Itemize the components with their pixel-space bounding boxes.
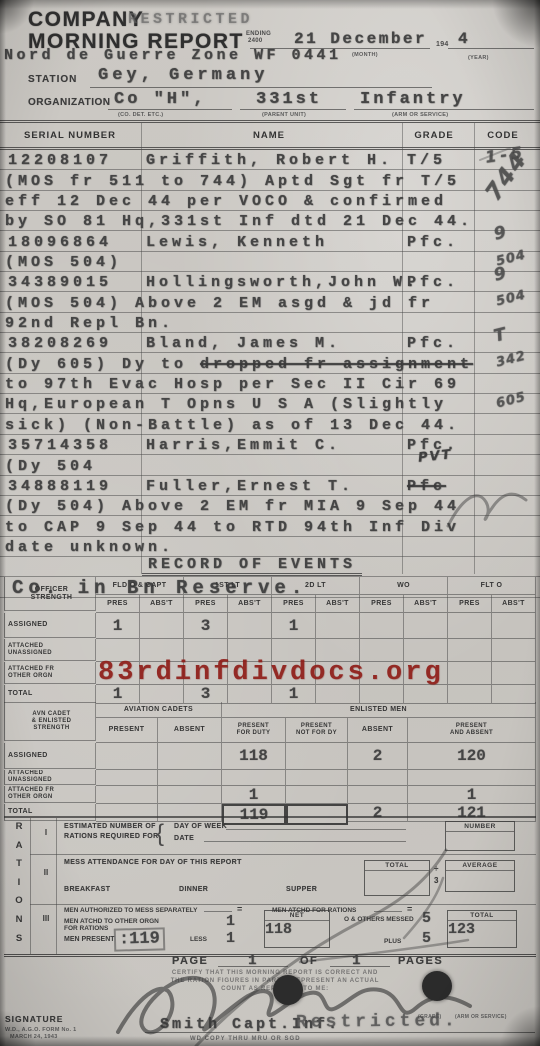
enlisted-sub-header: ABSENT	[348, 718, 408, 743]
zone-line: Nord de Guerre Zone WF 0441	[4, 47, 342, 64]
enlisted-value-cell	[96, 743, 158, 770]
roster-row: date unknown.	[0, 537, 540, 557]
record-of-events-title: RECORD OF EVENTS	[142, 556, 362, 576]
roster-grade: Pfc	[398, 478, 470, 495]
enlisted-value-cell	[348, 770, 408, 786]
roster-remark: (Dy 504) Above 2 EM fr MIA 9 Sep 44	[0, 498, 460, 515]
sub-label: PRES	[459, 600, 480, 608]
roster-remark: sick) (Non-Battle) as of 13 Dec 44.	[0, 417, 460, 434]
mess-attendance-label: MESS ATTENDANCE FOR DAY OF THIS REPORT	[64, 859, 242, 866]
enlisted-value-cell	[286, 770, 348, 786]
atchd-other-value: 1	[226, 913, 235, 930]
rations-divider	[56, 818, 57, 954]
officer-value-cell	[448, 613, 492, 639]
officer-value: 3	[201, 617, 211, 635]
roster-divider	[402, 123, 403, 574]
roster-row: sick) (Non-Battle) as of 13 Dec 44.	[0, 414, 540, 434]
divisor: 3	[434, 876, 439, 885]
roster-row: RECORD OF EVENTS	[0, 557, 540, 577]
equals-1: =	[237, 904, 242, 914]
enlisted-value-cell	[408, 770, 536, 786]
equals-2: =	[407, 904, 412, 914]
enlisted-value-cell: 118	[222, 743, 286, 770]
of-label: OF	[300, 955, 318, 967]
sub-label: PRES	[371, 600, 392, 608]
enlisted-sub-header: PRESENTNOT FOR DY	[286, 718, 348, 743]
station-underline	[90, 70, 432, 88]
enlisted-men-group-header: ENLISTED MEN	[222, 702, 536, 718]
roster-remark: (MOS fr 511 to 744) Aptd Sgt fr T/5	[0, 173, 460, 190]
average-label: AVERAGE	[446, 861, 514, 871]
rations-numeral-3: III	[37, 914, 55, 923]
roster-row: to 97th Evac Hosp per Sec II Cir 69	[0, 374, 540, 394]
enlisted-row: ASSIGNED1182120	[4, 743, 536, 770]
breakfast-label: BREAKFAST	[64, 886, 110, 893]
organization-label: ORGANIZATION	[28, 97, 110, 108]
officer-group-header: FLT O	[448, 577, 536, 595]
col-serial-number: SERIAL NUMBER	[0, 130, 140, 141]
label-line: STRENGTH	[33, 725, 69, 732]
net-label: NET	[265, 911, 329, 921]
roster-remark: eff 12 Dec 44 per VOCO & confirmed	[0, 193, 447, 210]
roster-name: Fuller,Ernest T.	[140, 478, 398, 495]
certification-line-1: CERTIFY THAT THIS MORNING REPORT IS CORR…	[120, 970, 430, 976]
form-date: MARCH 24, 1943	[10, 1034, 58, 1040]
enlisted-sub-header: ABSENT	[158, 718, 222, 743]
mess-total-box: TOTAL	[364, 860, 430, 896]
officer-group-header: FLD O & CAPT	[96, 577, 184, 595]
average-box: AVERAGE	[445, 860, 515, 892]
rations-section: RATIONS I II III ESTIMATED NUMBER OF RAT…	[4, 816, 536, 957]
officer-sub-header: PRES	[360, 595, 404, 613]
roster-name: Lewis, Kenneth	[140, 234, 398, 251]
sub-label: PRES	[195, 600, 216, 608]
watermark: 83rdinfdivdocs.org	[98, 658, 444, 688]
roster-name: Griffith, Robert H.	[140, 152, 398, 169]
rations-total-box: TOTAL 123	[447, 910, 517, 948]
officer-sub-header: PRES	[184, 595, 228, 613]
roster-row: (Dy 504PVT	[0, 455, 540, 475]
label-line: AVN CADET	[32, 711, 70, 718]
sub-label: PRES	[283, 600, 304, 608]
pages-underline	[330, 952, 390, 967]
enlisted-value: 1	[249, 786, 259, 804]
officer-value-cell	[140, 613, 184, 639]
rations-rule-1	[30, 854, 536, 855]
officer-value-cell	[404, 613, 448, 639]
brace: {	[156, 820, 164, 848]
roster-row: 35714358Harris,Emmit C.Pfc.	[0, 435, 540, 455]
group-label: AVIATION CADETS	[124, 706, 193, 714]
rations-letter: T	[12, 858, 26, 869]
enlisted-row: ATTACHED FROTHER ORGN11	[4, 786, 536, 804]
date-label: DATE	[174, 835, 194, 842]
men-present-value: :119	[114, 927, 165, 951]
roster-row: 38208269Bland, James M.Pfc.T	[0, 333, 540, 353]
roster-row: (Dy 605) Dy to dropped fr assignment342	[0, 353, 540, 373]
officer-value-cell	[360, 613, 404, 639]
mess-separately-blank	[204, 902, 232, 912]
group-label: ENLISTED MEN	[350, 706, 407, 714]
enlisted-value-cell	[158, 743, 222, 770]
enlisted-row-label: ATTACHED FROTHER ORGN	[4, 786, 96, 803]
roster-row: 12208107Griffith, Robert H.T/51-5	[0, 150, 540, 170]
org-sub-arm-label: (ARM OR SERVICE)	[392, 112, 448, 118]
roster-grade: Pfc.	[398, 274, 470, 291]
plus-label: PLUS	[384, 938, 401, 945]
roster-divider	[474, 123, 475, 574]
group-label: 2D LT	[305, 582, 326, 590]
org-underline-3	[354, 93, 534, 110]
label-line: UNASSIGNED	[8, 777, 52, 784]
officer-row-label: ATTACHED FROTHER ORGN	[4, 662, 96, 684]
form-number: W.D., A.G.O. FORM No. 1	[5, 1027, 76, 1033]
label-line: PRESENT	[301, 723, 332, 730]
enlisted-value-cell: 2	[348, 743, 408, 770]
officer-sub-header: ABS'T	[404, 595, 448, 613]
plus-value: 5	[422, 930, 431, 947]
officer-row-label: ATTACHEDUNASSIGNED	[4, 639, 96, 661]
enlisted-sub-header: PRESENTAND ABSENT	[408, 718, 536, 743]
copy-note: WD COPY THRU MRU OR SGD	[190, 1036, 301, 1042]
supper-label: SUPPER	[286, 886, 317, 893]
officer-value-cell	[492, 613, 536, 639]
aviation-cadets-group-header: AVIATION CADETS	[96, 702, 222, 718]
sub-label: ABS'T	[150, 600, 173, 608]
roster-rows: 12208107Griffith, Robert H.T/51-5(MOS fr…	[0, 150, 540, 598]
officer-table-header: OFFICERSTRENGTHFLD O & CAPT1ST LT2D LTWO…	[4, 577, 536, 613]
officer-value: 1	[289, 617, 299, 635]
officer-sub-header: ABS'T	[316, 595, 360, 613]
officer-sub-header: ABS'T	[492, 595, 536, 613]
enlisted-value-cell	[348, 786, 408, 804]
label-line: & ENLISTED	[32, 718, 72, 725]
rations-total-label: TOTAL	[448, 911, 516, 921]
officer-sub-header: PRES	[448, 595, 492, 613]
number-box-label: NUMBER	[446, 822, 514, 832]
mess-total-label: TOTAL	[365, 861, 429, 871]
group-label: FLD O & CAPT	[113, 582, 167, 590]
roster-name: Hollingsworth,John W.	[140, 274, 398, 291]
roster-remark: to CAP 9 Sep 44 to RTD 94th Inf Div	[0, 519, 460, 536]
officer-value-cell: 1	[272, 613, 316, 639]
morning-report-document: COMPANY RESTRICTED MORNING REPORT ENDING…	[0, 0, 540, 1046]
org-sub-unit-label: (CO. DET. ETC.)	[118, 112, 163, 118]
roster-row: by SO 81 Hq,331st Inf dtd 21 Dec 44.	[0, 211, 540, 231]
sub-label: PRES	[107, 600, 128, 608]
rations-letter: R	[12, 821, 26, 832]
arm-service-label: (ARM OR SERVICE)	[455, 1014, 507, 1020]
avn-enlisted-header: AVN CADET& ENLISTEDSTRENGTH	[4, 702, 96, 741]
page-underline	[218, 952, 288, 967]
roster-serial: 34888119	[0, 478, 140, 495]
roster-row: 34389015Hollingsworth,John W.Pfc.9	[0, 272, 540, 292]
roster-header-row: SERIAL NUMBER NAME GRADE CODE	[0, 123, 540, 150]
roster-name: Harris,Emmit C.	[140, 437, 398, 454]
rations-est-label-2: RATIONS REQUIRED FOR	[64, 833, 159, 840]
roster-row: eff 12 Dec 44 per VOCO & confirmed	[0, 191, 540, 211]
men-present-label: MEN PRESENT	[64, 936, 115, 943]
roster-row: 18096864Lewis, KennethPfc.9	[0, 231, 540, 251]
rations-est-label-1: ESTIMATED NUMBER OF	[64, 823, 156, 830]
enlisted-value-cell	[158, 770, 222, 786]
roster-remark: (Dy 504	[0, 458, 96, 475]
label-line: UNASSIGNED	[8, 650, 52, 657]
label-line: ABSENT	[174, 726, 205, 734]
label-line: PRESENT	[238, 723, 269, 730]
roster-serial: 12208107	[0, 152, 140, 169]
label-line: TOTAL	[8, 690, 33, 698]
rations-numeral-1: I	[37, 828, 55, 837]
label-line: STRENGTH	[31, 594, 73, 602]
page-label: PAGE	[172, 955, 208, 967]
roster-remark: (MOS 504)	[0, 254, 122, 271]
rations-letter: N	[12, 914, 26, 925]
officer-group-header: WO	[360, 577, 448, 595]
atchd-blank	[374, 902, 402, 912]
officer-row: ASSIGNED131	[4, 613, 536, 639]
officer-group-header: 2D LT	[272, 577, 360, 595]
officer-row-label: ASSIGNED	[4, 613, 96, 638]
enlisted-value-cell: 1	[222, 786, 286, 804]
enlisted-row: ATTACHEDUNASSIGNED	[4, 770, 536, 786]
signature-label: SIGNATURE	[5, 1014, 63, 1024]
roster-serial: 18096864	[0, 234, 140, 251]
roster-grade: T/5	[398, 152, 470, 169]
officer-value-cell	[448, 662, 492, 685]
col-grade: GRADE	[398, 130, 470, 141]
officer-strength-header: OFFICERSTRENGTH	[4, 577, 96, 611]
label-line: PRESENT	[109, 726, 145, 734]
officer-sub-header: PRES	[96, 595, 140, 613]
others-messed-label: O & OTHERS MESSED	[344, 916, 414, 923]
label-line: ASSIGNED	[8, 621, 48, 629]
org-underline-2	[240, 93, 346, 110]
officer-value-cell	[228, 613, 272, 639]
month-label: (MONTH)	[352, 52, 378, 58]
label-line: ATTACHED	[8, 770, 43, 777]
officer-row-label: TOTAL	[4, 685, 96, 703]
report-footer: PAGE 1 OF 1 PAGES CERTIFY THAT THIS MORN…	[0, 952, 540, 1046]
personnel-roster: SERIAL NUMBER NAME GRADE CODE 12208107Gr…	[0, 120, 540, 580]
rations-total-value: 123	[448, 921, 516, 938]
label-line: ATTACHED	[8, 643, 43, 650]
enlisted-value-cell	[96, 786, 158, 804]
roster-remark: 92nd Repl Bn.	[0, 315, 174, 332]
rations-letter: O	[12, 895, 26, 906]
form-title-company: COMPANY	[28, 8, 144, 32]
net-value: 118	[265, 921, 329, 938]
remark-part: (Dy 605) Dy to	[5, 356, 200, 373]
officer-sub-header: PRES	[272, 595, 316, 613]
day-of-week-label: DAY OF WEEK	[174, 823, 227, 830]
roster-name: Bland, James M.	[140, 335, 398, 352]
enlisted-value: 2	[373, 747, 383, 765]
date-blank	[204, 832, 406, 842]
sub-label: ABS'T	[326, 600, 349, 608]
label-line: NOT FOR DY	[296, 730, 337, 737]
enlisted-row-label: ATTACHEDUNASSIGNED	[4, 770, 96, 785]
roster-row: 34888119Fuller,Ernest T.Pfc	[0, 476, 540, 496]
net-box: NET 118	[264, 910, 330, 948]
officer-value-cell	[492, 662, 536, 685]
less-label: LESS	[190, 936, 207, 943]
roster-row: Hq,European T Opns U S A (Slightly605	[0, 394, 540, 414]
year-underline	[448, 32, 534, 49]
group-label: WO	[397, 582, 410, 590]
enlisted-value-cell	[158, 786, 222, 804]
officer-sub-header: ABS'T	[228, 595, 272, 613]
station-label: STATION	[28, 74, 77, 85]
org-sub-parent-label: (PARENT UNIT)	[262, 112, 306, 118]
officer-value-cell	[316, 613, 360, 639]
dinner-label: DINNER	[179, 886, 208, 893]
label-line: FOR DUTY	[237, 730, 271, 737]
label-line: ASSIGNED	[8, 752, 48, 760]
officer-group-header: 1ST LT	[184, 577, 272, 595]
roster-remark: to 97th Evac Hosp per Sec II Cir 69	[0, 376, 460, 393]
enlisted-table-header: AVN CADET& ENLISTEDSTRENGTHAVIATION CADE…	[4, 702, 536, 743]
officer-value-cell	[448, 639, 492, 662]
roster-remark: (MOS 504) Above 2 EM asgd & jd fr	[0, 295, 434, 312]
col-name: NAME	[140, 130, 398, 141]
officer-value-cell: 1	[96, 613, 140, 639]
enlisted-sub-header: PRESENTFOR DUTY	[222, 718, 286, 743]
enlisted-sub-header: PRESENT	[96, 718, 158, 743]
roster-serial: 38208269	[0, 335, 140, 352]
number-box: NUMBER	[445, 821, 515, 851]
restricted-stamp-bottom: Restricted.	[296, 1011, 459, 1032]
enlisted-value: 120	[457, 747, 486, 765]
enlisted-strength-table: AVN CADET& ENLISTEDSTRENGTHAVIATION CADE…	[4, 702, 536, 816]
label-line: ATTACHED FR	[8, 787, 54, 794]
label-line: OTHER ORGN	[8, 794, 53, 801]
label-line: AND ABSENT	[450, 730, 493, 737]
enlisted-row-label: ASSIGNED	[4, 743, 96, 769]
officer-value-cell: 3	[184, 613, 228, 639]
divide-sign: ÷	[434, 864, 439, 873]
rations-rule-2	[30, 904, 536, 905]
officer-value-cell	[492, 639, 536, 662]
roster-remark: date unknown.	[0, 539, 174, 556]
remark-struck: dropped fr assignment	[200, 356, 473, 373]
roster-row: (MOS 504)504	[0, 252, 540, 272]
roster-divider	[141, 123, 142, 574]
enlisted-value-cell	[96, 770, 158, 786]
rations-letter: S	[12, 933, 26, 944]
sub-label: ABS'T	[238, 600, 261, 608]
roster-grade: Pfc.	[398, 335, 470, 352]
rations-letter: I	[12, 877, 26, 888]
pages-label: PAGES	[398, 955, 443, 967]
roster-row: to CAP 9 Sep 44 to RTD 94th Inf Div	[0, 516, 540, 536]
label-line: PRESENT	[456, 723, 487, 730]
officer-value: 1	[113, 617, 123, 635]
punch-hole-left	[273, 975, 303, 1005]
label-line: ABSENT	[362, 726, 393, 734]
roster-row: (Dy 504) Above 2 EM fr MIA 9 Sep 44	[0, 496, 540, 516]
label-line: OFFICER	[35, 586, 69, 594]
roster-serial: 34389015	[0, 274, 140, 291]
others-messed-value: 5	[422, 910, 431, 927]
roster-row: 92nd Repl Bn.	[0, 313, 540, 333]
roster-row: (MOS 504) Above 2 EM asgd & jd fr504	[0, 292, 540, 312]
roster-remark: Hq,European T Opns U S A (Slightly	[0, 396, 447, 413]
rations-letter: A	[12, 840, 26, 851]
rations-divider	[30, 818, 31, 954]
day-of-week-blank	[226, 820, 406, 830]
org-underline-1	[108, 93, 232, 110]
enlisted-value-cell	[222, 770, 286, 786]
punch-hole-right	[422, 971, 452, 1001]
year-label: (YEAR)	[468, 55, 489, 61]
enlisted-value-cell	[286, 743, 348, 770]
report-header: COMPANY RESTRICTED MORNING REPORT ENDING…	[0, 0, 540, 120]
label-line: ATTACHED FR	[8, 666, 54, 673]
enlisted-value-cell: 120	[408, 743, 536, 770]
roster-serial: 35714358	[0, 437, 140, 454]
roster-grade: Pfc.	[398, 234, 470, 251]
label-line: OTHER ORGN	[8, 673, 53, 680]
sub-label: ABS'T	[414, 600, 437, 608]
enlisted-value-cell: 1	[408, 786, 536, 804]
group-label: 1ST LT	[215, 582, 240, 590]
enlisted-value: 118	[239, 747, 268, 765]
restricted-stamp: RESTRICTED	[128, 11, 253, 28]
group-label: FLT O	[481, 582, 503, 590]
year-prefix: 194	[436, 41, 449, 48]
mess-separately-label: MEN AUTHORIZED TO MESS SEPARATELY	[64, 907, 198, 914]
pencil-annotation: PVT	[417, 446, 453, 467]
rations-numeral-2: II	[37, 868, 55, 877]
officer-sub-header: ABS'T	[140, 595, 184, 613]
roster-row: (MOS fr 511 to 744) Aptd Sgt fr T/5744	[0, 170, 540, 190]
label-line: TOTAL	[8, 808, 33, 816]
enlisted-value-cell	[286, 786, 348, 804]
col-code: CODE	[470, 130, 536, 141]
sub-label: ABS'T	[502, 600, 525, 608]
less-value: 1	[226, 930, 235, 947]
enlisted-value: 1	[467, 786, 477, 804]
